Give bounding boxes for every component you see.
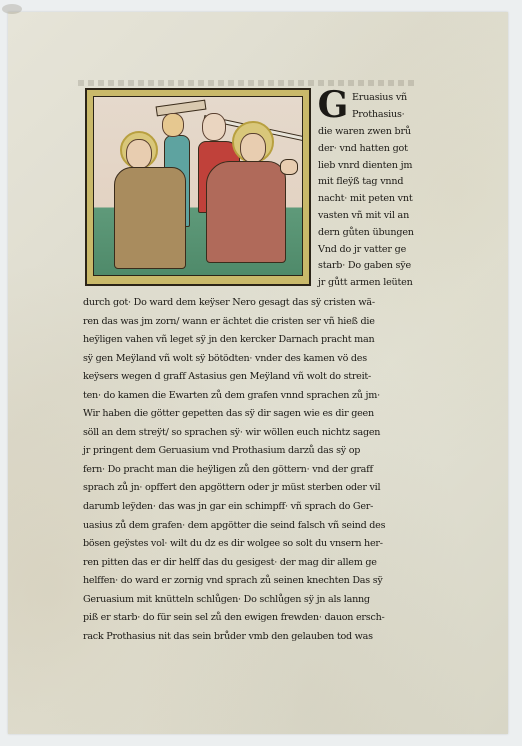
saint-right-head xyxy=(240,133,266,163)
praying-hands xyxy=(280,159,298,175)
text-line: piß er starb· do für sein sel zů den ewi… xyxy=(83,609,453,628)
woodcut-illustration xyxy=(85,88,311,286)
text-line: Geruasium mit knütteln schlůgen· Do schl… xyxy=(83,591,453,610)
text-line: Vnd do jr vatter ge xyxy=(318,242,446,259)
text-line: Prothasius· xyxy=(352,107,448,124)
text-line: heÿligen vahen vñ leget sÿ jn den kercke… xyxy=(83,331,453,350)
text-line: dern gůten übungen xyxy=(318,225,446,242)
attendant-head xyxy=(162,113,184,137)
text-line: sprach zů jn· opffert den apgöttern oder… xyxy=(83,479,453,498)
text-line: sÿ gen Meÿland vñ wolt sÿ bötödten· vnde… xyxy=(83,350,453,369)
executioner-head xyxy=(202,113,226,141)
text-line: durch got· Do ward dem keÿser Nero gesag… xyxy=(83,294,453,313)
text-line: mit fleÿß tag vnnd xyxy=(318,174,446,191)
text-line: helffen· do ward er zornig vnd sprach zů… xyxy=(83,572,453,591)
text-line: ren pitten das er dir helff das du gesig… xyxy=(83,554,453,573)
text-line: lieb vnrd dienten jm xyxy=(318,158,446,175)
side-column-text-continued: die waren zwen brů der· vnd hatten got l… xyxy=(318,124,446,292)
text-line: die waren zwen brů xyxy=(318,124,446,141)
text-line: fern· Do pracht man die heÿligen zů den … xyxy=(83,461,453,480)
text-line: uasius zů dem grafen· dem apgötter die s… xyxy=(83,517,453,536)
text-line: darumb leÿden· das was jn gar ein schimp… xyxy=(83,498,453,517)
text-line: jr gůtt armen leüten xyxy=(318,275,446,292)
saint-left-head xyxy=(126,139,152,169)
show-through-text xyxy=(78,80,418,86)
text-line: jr pringent dem Geruasium vnd Prothasium… xyxy=(83,442,453,461)
text-line: Eruasius vñ xyxy=(352,90,448,107)
text-line: keÿsers wegen d graff Astasius gen Meÿla… xyxy=(83,368,453,387)
saint-left-robe xyxy=(114,167,186,269)
text-line: der· vnd hatten got xyxy=(318,141,446,158)
text-line: bösen geÿstes vol· wilt du dz es dir wol… xyxy=(83,535,453,554)
club xyxy=(156,100,207,117)
text-line: nacht· mit peten vnt xyxy=(318,191,446,208)
main-text-block: durch got· Do ward dem keÿser Nero gesag… xyxy=(83,294,453,646)
decorated-initial: G xyxy=(316,88,350,122)
text-line: Wir haben die götter gepetten das sÿ dir… xyxy=(83,405,453,424)
text-line: rack Prothasius nit das sein brůder vmb … xyxy=(83,628,453,647)
corner-smudge xyxy=(2,4,22,14)
woodcut-scene xyxy=(93,96,303,276)
text-line: söll an dem streÿt/ so sprachen sÿ· wir … xyxy=(83,424,453,443)
text-line: vasten vñ mit vil an xyxy=(318,208,446,225)
text-line: ten· do kamen die Ewarten zů dem grafen … xyxy=(83,387,453,406)
text-line: starb· Do gaben sÿe xyxy=(318,258,446,275)
side-column-text: Eruasius vñ Prothasius· xyxy=(352,90,448,124)
text-line: ren das was jm zorn/ wann er ächtet die … xyxy=(83,313,453,332)
saint-right-robe xyxy=(206,161,286,263)
